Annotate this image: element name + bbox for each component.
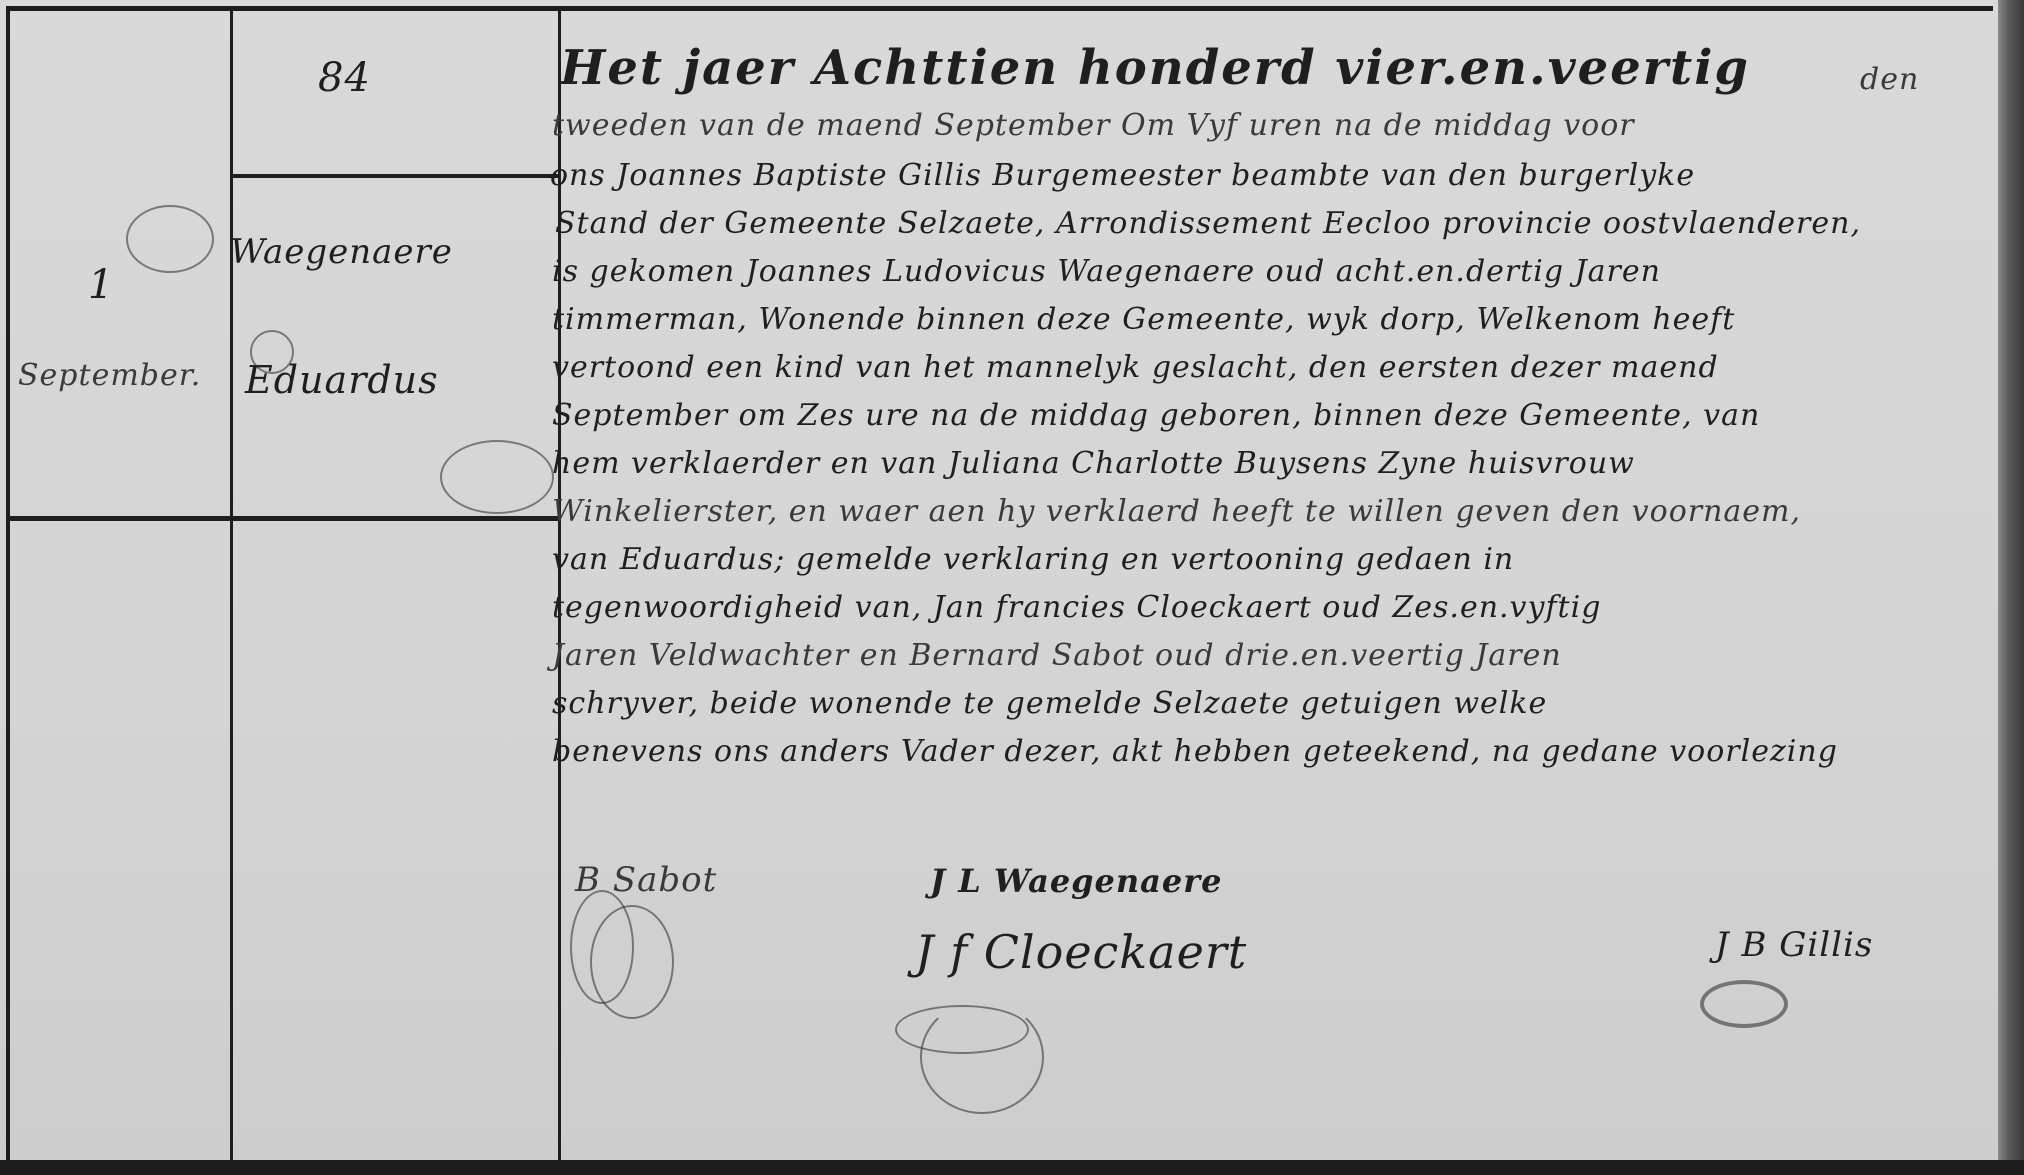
body-line: tegenwoordigheid van, Jan francies Cloec… <box>552 590 1601 625</box>
body-line: ons Joannes Baptiste Gillis Burgemeester… <box>550 158 1695 193</box>
signature-flourish <box>590 905 674 1019</box>
signature-flourish <box>1700 980 1788 1028</box>
body-title-line: Het jaer Achttien honderd vier.en.veerti… <box>560 40 1750 96</box>
signature-witness-2: J f Cloeckaert <box>915 925 1247 979</box>
page-edge <box>1998 0 2024 1175</box>
signature-flourish <box>920 1000 1044 1114</box>
body-line: September om Zes ure na de middag gebore… <box>552 398 1760 433</box>
signature-mayor: J B Gillis <box>1715 925 1873 965</box>
body-line: van Eduardus; gemelde verklaring en vert… <box>552 542 1514 577</box>
number-row-divider <box>232 174 558 178</box>
bracket-flourish <box>440 440 554 514</box>
body-line: Winkelierster, en waer aen hy verklaerd … <box>552 494 1801 529</box>
body-line: hem verklaerder en van Juliana Charlotte… <box>552 446 1635 481</box>
entry-number: 84 <box>318 55 371 101</box>
body-line: tweeden van de maend September Om Vyf ur… <box>552 108 1635 143</box>
body-line: benevens ons anders Vader dezer, akt heb… <box>552 734 1838 769</box>
body-line: Stand der Gemeente Selzaete, Arrondissem… <box>555 206 1861 241</box>
body-line: vertoond een kind van het mannelyk gesla… <box>552 350 1719 385</box>
body-line: timmerman, Wonende binnen deze Gemeente,… <box>552 302 1735 337</box>
date-flourish <box>126 205 214 273</box>
child-surname: Waegenaere <box>230 232 453 272</box>
body-title-trailing: den <box>1860 62 1919 97</box>
column-divider-1 <box>230 6 233 1162</box>
body-line: Jaren Veldwachter en Bernard Sabot oud d… <box>552 638 1562 673</box>
scan-bottom-edge <box>0 1160 2024 1175</box>
body-line: schryver, beide wonende te gemelde Selza… <box>552 686 1547 721</box>
body-line: is gekomen Joannes Ludovicus Waegenaere … <box>552 254 1661 289</box>
top-rule <box>8 6 1993 11</box>
left-border <box>6 6 10 1162</box>
signature-father: J L Waegenaere <box>930 862 1222 900</box>
entry-bottom-rule <box>8 516 558 521</box>
margin-day: 1 <box>88 262 114 308</box>
margin-month: September. <box>18 358 201 393</box>
name-flourish <box>250 330 294 374</box>
register-page: 1 September. 84 Waegenaere Eduardus Het … <box>0 0 1998 1162</box>
